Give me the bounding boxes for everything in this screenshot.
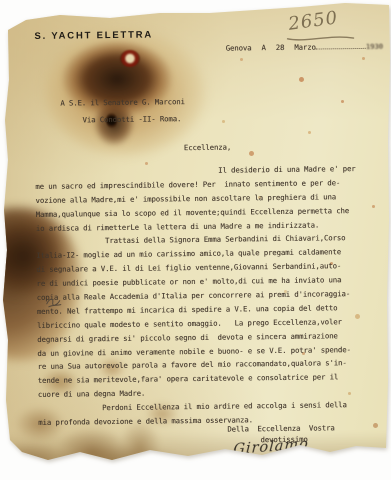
paper-wrap: S. YACHT ELETTRA 2650 GenovaA28Marzo1930… <box>0 0 391 480</box>
pencil-annotation <box>45 294 63 310</box>
signature: Girolamo Stagnaro <box>232 436 382 470</box>
archive-number-annotation: 2650 <box>287 7 339 34</box>
letter-content: S. YACHT ELETTRA 2650 GenovaA28Marzo1930… <box>0 0 391 480</box>
letterhead-title: S. YACHT ELETTRA <box>34 30 153 42</box>
closing-line-1: Della Eccellenza Vostra <box>227 423 334 433</box>
dateline-addi: A <box>261 43 265 52</box>
dateline-day: 28 <box>276 43 285 52</box>
letter-photo: S. YACHT ELETTRA 2650 GenovaA28Marzo1930… <box>0 0 391 480</box>
foxing-spots <box>0 0 3 3</box>
letter-body: Il desiderio di una Madre e' per me un s… <box>35 162 372 430</box>
recipient-line-2: Via Condotti -II- Roma. <box>82 114 181 124</box>
dateline: GenovaA28Marzo1930 <box>226 41 383 53</box>
letter-paper: S. YACHT ELETTRA 2650 GenovaA28Marzo1930… <box>0 0 391 480</box>
dateline-city: Genova <box>226 43 252 52</box>
signature-flourish <box>229 444 384 470</box>
dateline-rule <box>316 41 366 50</box>
dateline-month: Marzo <box>294 43 316 52</box>
dateline-year: 1930 <box>366 42 383 51</box>
recipient-line-1: A S.E. il Senatore G. Marconi <box>60 97 185 108</box>
salutation: Eccellenza, <box>184 143 231 153</box>
